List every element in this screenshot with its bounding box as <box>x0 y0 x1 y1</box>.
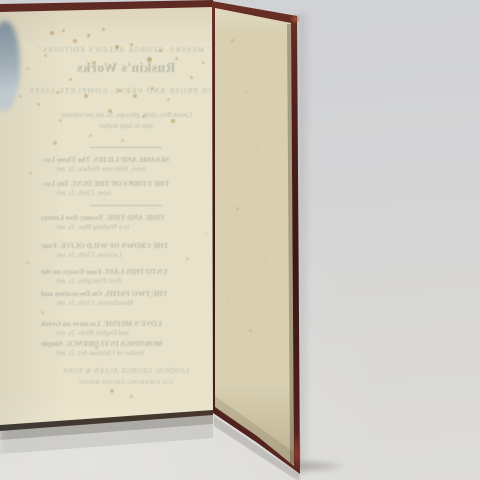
foxing-spot <box>118 89 121 92</box>
foxing-spot <box>133 94 137 98</box>
foxing-spot <box>26 67 29 70</box>
foxing-spot <box>53 141 57 145</box>
foxing-spot <box>115 45 119 49</box>
foxing-spot <box>265 261 267 263</box>
foxing-spots-layer <box>0 0 480 480</box>
foxing-spot <box>92 61 96 65</box>
foxing-spot <box>89 134 92 137</box>
foxing-spot <box>151 87 154 90</box>
foxing-spot <box>59 119 62 122</box>
foxing-spot <box>175 57 178 60</box>
foxing-spot <box>130 43 133 46</box>
foxing-spot <box>62 29 65 32</box>
foxing-spot <box>167 98 170 101</box>
foxing-spot <box>257 149 259 151</box>
foxing-spot <box>37 103 40 106</box>
foxing-spot <box>245 91 247 93</box>
foxing-spot <box>56 91 59 94</box>
foxing-spot <box>69 78 72 81</box>
foxing-spot <box>84 94 88 98</box>
foxing-spot <box>147 57 152 62</box>
foxing-spot <box>231 39 234 42</box>
foxing-spot <box>50 31 54 35</box>
foxing-spot <box>108 109 112 113</box>
foxing-spot <box>41 311 44 314</box>
foxing-spot <box>249 329 252 332</box>
foxing-spot <box>121 139 124 142</box>
foxing-spot <box>186 257 189 260</box>
foxing-spot <box>142 115 145 118</box>
foxing-spot <box>202 61 205 64</box>
foxing-spot <box>44 54 47 57</box>
foxing-spot <box>171 119 175 123</box>
foxing-spot <box>269 389 271 391</box>
foxing-spot <box>129 181 132 184</box>
foxing-spot <box>73 39 77 43</box>
foxing-spot <box>104 199 106 201</box>
foxing-spot <box>205 232 207 234</box>
foxing-spot <box>95 346 98 349</box>
foxing-spot <box>87 34 90 37</box>
foxing-spot <box>29 172 32 175</box>
foxing-spot <box>150 296 152 298</box>
foxing-spot <box>19 95 22 98</box>
foxing-spot <box>190 76 193 79</box>
foxing-spot <box>227 299 229 301</box>
foxing-spot <box>102 28 105 31</box>
foxing-spot <box>110 389 114 393</box>
foxing-spot <box>236 207 239 210</box>
book-photograph: " MESSRS. GEORGE ALLEN'S EDITIONS "Ruski… <box>0 0 480 480</box>
foxing-spot <box>159 49 162 52</box>
foxing-spot <box>26 261 29 264</box>
foxing-spot <box>130 395 133 398</box>
